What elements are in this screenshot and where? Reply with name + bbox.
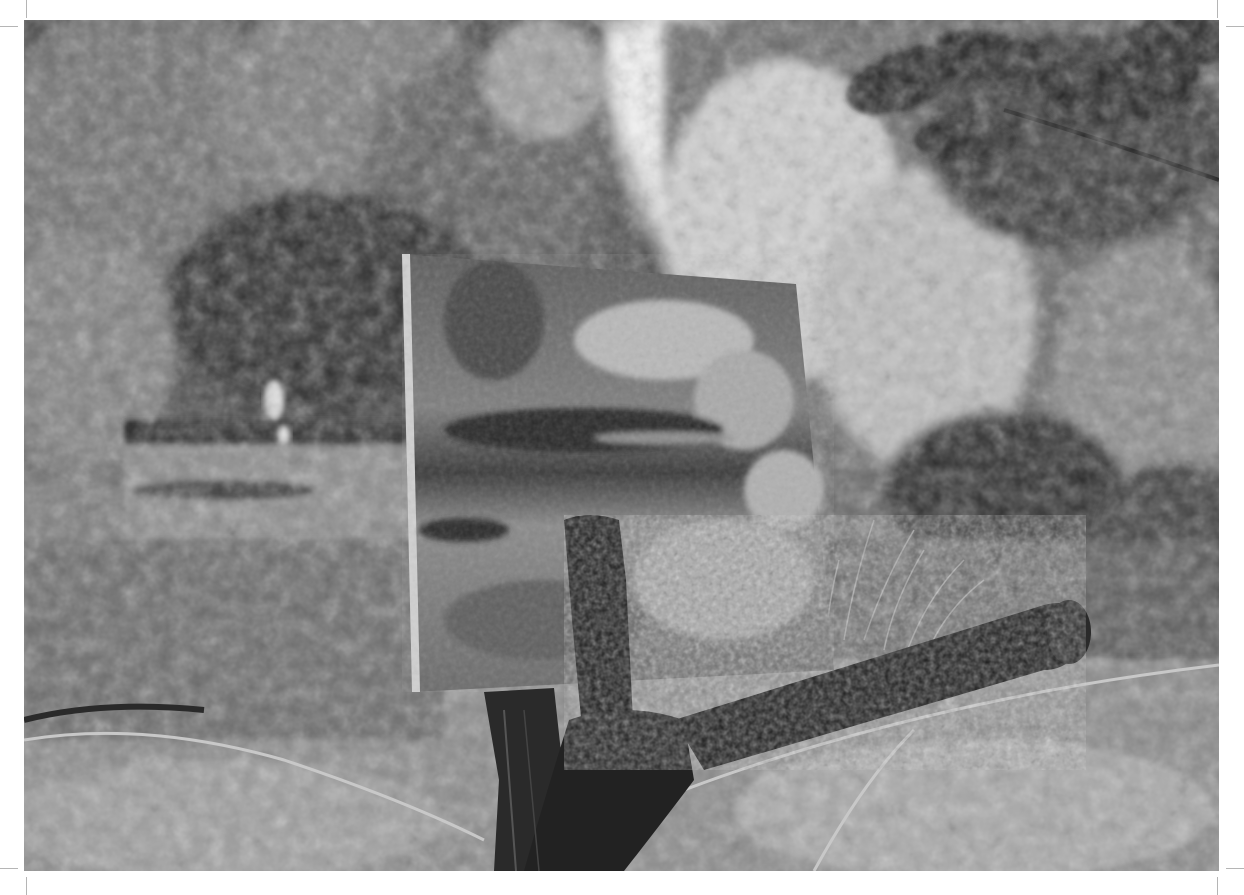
- crop-mark-top-left-v: [26, 0, 27, 18]
- crop-mark-bottom-left-v: [26, 877, 27, 895]
- crop-mark-bottom-right-v: [1217, 877, 1218, 895]
- crop-mark-bottom-left-h: [0, 868, 18, 869]
- crop-mark-top-right-v: [1217, 0, 1218, 18]
- photograph: [24, 20, 1219, 871]
- crop-mark-bottom-right-h: [1226, 868, 1244, 869]
- crop-mark-top-right-h: [1226, 26, 1244, 27]
- photo-scene: [24, 20, 1219, 871]
- crop-mark-top-left-h: [0, 26, 18, 27]
